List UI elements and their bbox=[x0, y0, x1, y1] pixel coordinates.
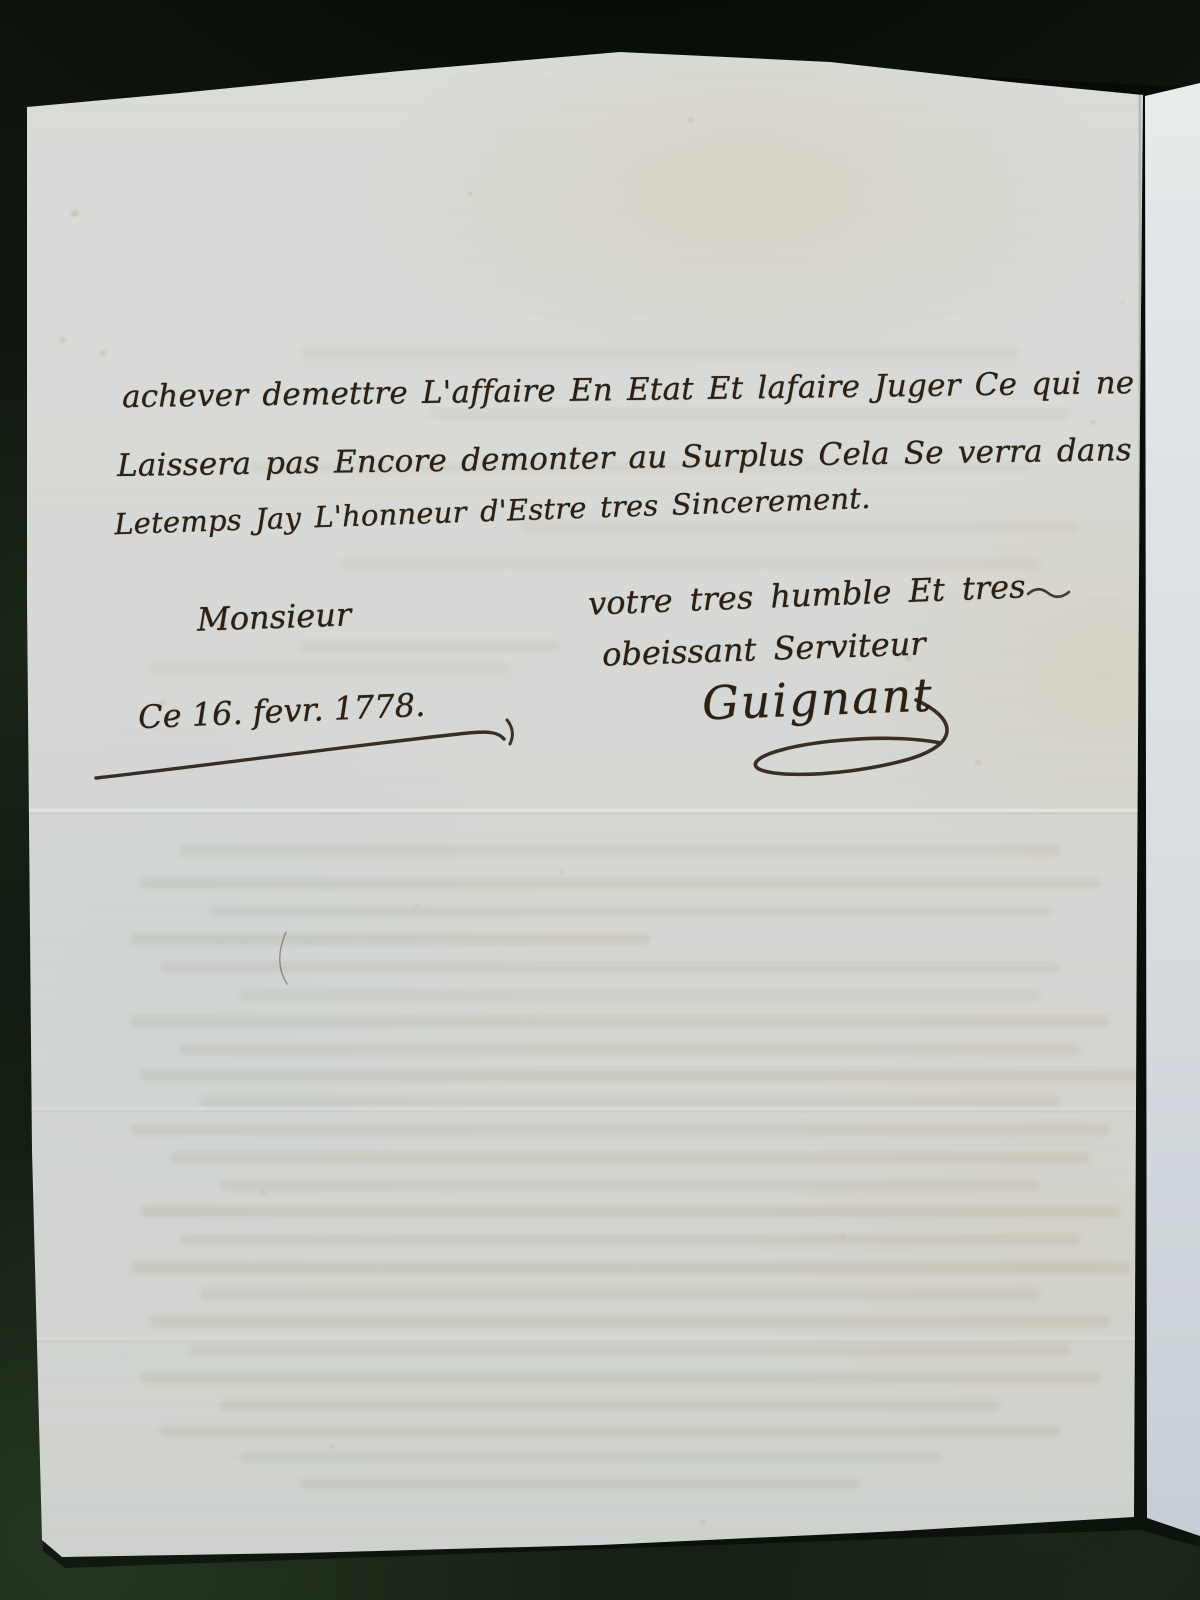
foxing-spot bbox=[468, 192, 472, 195]
signature: Guignant bbox=[701, 668, 935, 731]
valediction-line-2: obeissant Serviteur bbox=[601, 624, 926, 673]
bleed-through-line bbox=[130, 1262, 1130, 1273]
salutation: Monsieur bbox=[196, 595, 351, 638]
bleed-through-line bbox=[210, 906, 1050, 917]
foxing-spot bbox=[1090, 420, 1096, 425]
horizontal-fold-crease bbox=[28, 808, 1140, 815]
date-line: Ce 16. fevr. 1778. bbox=[137, 686, 426, 736]
bleed-through-line bbox=[140, 878, 1100, 889]
bleed-through-line bbox=[130, 934, 650, 945]
foxing-spot bbox=[560, 870, 565, 874]
bleed-through-line bbox=[180, 845, 1060, 856]
bleed-through-line bbox=[220, 1400, 1000, 1411]
bleed-through-line bbox=[140, 1206, 1120, 1217]
bleed-through-line bbox=[130, 1016, 1110, 1027]
bleed-through-line bbox=[340, 558, 1040, 569]
photo-scene: achever demettre L'affaire En Etat Et la… bbox=[0, 0, 1200, 1600]
bleed-through-line bbox=[220, 1180, 1040, 1191]
bleed-through-line bbox=[140, 1372, 1100, 1383]
bleed-through-line bbox=[160, 962, 1060, 973]
horizontal-fold-crease bbox=[28, 1336, 1140, 1343]
bleed-through-line bbox=[300, 1478, 860, 1489]
bleed-through-line bbox=[240, 990, 1040, 1001]
bleed-through-line bbox=[300, 640, 560, 651]
foxing-spot bbox=[260, 1190, 266, 1195]
bleed-through-line bbox=[130, 1124, 1110, 1135]
bleed-through-line bbox=[180, 1234, 1080, 1245]
valediction-line-1: votre tres humble Et tres bbox=[587, 567, 1026, 623]
bleed-through-line bbox=[170, 1152, 1090, 1163]
foxing-spot bbox=[60, 338, 66, 343]
foxing-spot bbox=[975, 760, 981, 765]
bleed-through-line bbox=[300, 348, 1020, 359]
bleed-through-line bbox=[190, 1344, 1070, 1355]
foxing-spot bbox=[70, 210, 79, 217]
bleed-through-line bbox=[430, 408, 1070, 419]
bleed-through-line bbox=[150, 662, 510, 673]
foxing-spot bbox=[100, 350, 107, 356]
foxing-spot bbox=[840, 1235, 845, 1239]
foxing-spot bbox=[688, 118, 693, 122]
letter-page: achever demettre L'affaire En Etat Et la… bbox=[0, 0, 1200, 1600]
bleed-through-line bbox=[240, 1452, 940, 1463]
bleed-through-line bbox=[150, 1316, 1110, 1327]
body-line-2: Laissera pas Encore demonter au Surplus … bbox=[117, 432, 1132, 484]
bleed-through-line bbox=[200, 1288, 1040, 1299]
horizontal-fold-crease bbox=[28, 1106, 1140, 1113]
foxing-spot bbox=[700, 1520, 705, 1524]
bleed-through-line bbox=[140, 1070, 1140, 1081]
foxing-spot bbox=[330, 1445, 335, 1449]
bleed-through-line bbox=[180, 1044, 1080, 1055]
bleed-through-line bbox=[160, 1426, 1060, 1437]
foxing-spot bbox=[1120, 300, 1125, 304]
